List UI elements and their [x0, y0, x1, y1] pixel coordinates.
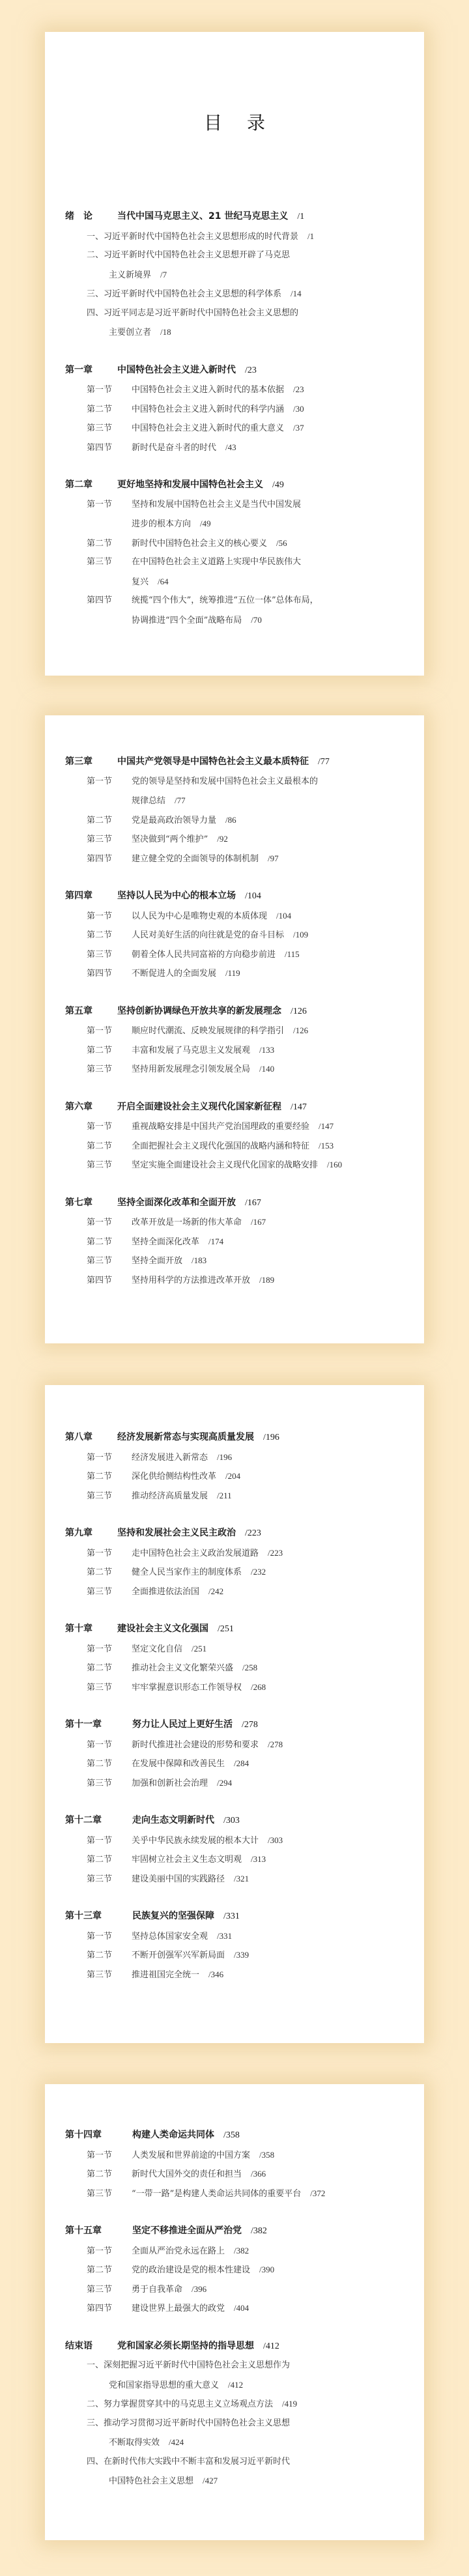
section-entry[interactable]: 第一节走中国特色社会主义政治发展道路/223 [65, 1543, 411, 1563]
toc-list: 第三章中国共产党领导是中国特色社会主义最本质特征/77第一节党的领导是坚持和发展… [65, 752, 411, 1289]
section-entry[interactable]: 第二节深化供给侧结构性改革/204 [65, 1467, 411, 1486]
entry-title: 坚定实施全面建设社会主义现代化国家的战略安排 [132, 1160, 318, 1170]
page-number: /97 [268, 853, 279, 863]
section-entry[interactable]: 第三节坚决做到“两个维护”/92 [65, 829, 411, 849]
page-number: /174 [208, 1237, 223, 1246]
entry-title: 推动社会主义文化繁荣兴盛 [132, 1663, 233, 1673]
entry-title: 不断开创强军兴军新局面 [132, 1951, 225, 1960]
chapter-title: 坚持全面深化改革和全面开放 [117, 1197, 236, 1208]
page-number: /104 [276, 911, 291, 921]
chapter-title: 努力让人民过上更好生活 [132, 1719, 233, 1730]
chapter-heading[interactable]: 第九章坚持和发展社会主义民主政治/223 [65, 1524, 411, 1543]
page-number: /424 [169, 2437, 184, 2447]
entry-title: 不断促进人的全面发展 [132, 969, 216, 979]
entry-continuation[interactable]: 主要创立者/18 [65, 322, 411, 342]
chapter-title: 坚定不移推进全面从严治党 [132, 2225, 242, 2236]
toc-page-4: 第十四章构建人类命运共同体/358第一节人类发展和世界前途的中国方案/358第二… [45, 2084, 424, 2540]
section-entry[interactable]: 第二节丰富和发展了马克思主义发展观/133 [65, 1040, 411, 1060]
chapter-block: 第一章中国特色社会主义进入新时代/23第一节中国特色社会主义进入新时代的基本依据… [65, 361, 411, 457]
section-label: 第三节 [87, 945, 132, 965]
section-entry[interactable]: 第四节坚持用科学的方法推进改革开放/189 [65, 1270, 411, 1290]
section-label: 第四节 [87, 1271, 132, 1291]
section-entry[interactable]: 第三节中国特色社会主义进入新时代的重大意义/37 [65, 418, 411, 438]
page-number: /372 [310, 2188, 325, 2198]
page-number: /147 [291, 1102, 307, 1112]
entry-title: 丰富和发展了马克思主义发展观 [132, 1046, 250, 1055]
section-entry[interactable]: 第四节统揽“四个伟大”，统筹推进“五位一体”总体布局， [65, 591, 411, 610]
page-number: /153 [319, 1141, 334, 1151]
page-number: /427 [203, 2476, 218, 2485]
section-label: 第一节 [87, 1640, 132, 1659]
page-number: /204 [225, 1471, 240, 1481]
section-label: 第四节 [87, 964, 132, 984]
chapter-label: 第一章 [65, 361, 117, 380]
section-label: 第二节 [87, 1563, 132, 1582]
entry-title: “一带一路”是构建人类命运共同体的重要平台 [132, 2189, 301, 2199]
chapter-block: 第五章坚持创新协调绿色开放共享的新发展理念/126第一节顺应时代潮流、反映发展规… [65, 1002, 411, 1079]
chapter-block: 绪 论当代中国马克思主义、21 世纪马克思主义/1一、习近平新时代中国特色社会主… [65, 207, 411, 342]
entry-continuation[interactable]: 主义新境界/7 [65, 265, 411, 285]
section-label: 第四节 [87, 2299, 132, 2319]
entry-title: 在中国特色社会主义道路上实现中华民族伟大 [132, 557, 301, 567]
chapter-heading[interactable]: 第六章开启全面建设社会主义现代化国家新征程/147 [65, 1098, 411, 1117]
entry-title: 深化供给侧结构性改革 [132, 1472, 216, 1481]
entry-title: 习近平同志是习近平新时代中国特色社会主义思想的 [104, 308, 298, 318]
section-entry[interactable]: 第三节建设美丽中国的实践路径/321 [65, 1869, 411, 1889]
section-entry[interactable]: 第二节在发展中保障和改善民生/284 [65, 1754, 411, 1773]
page-number: /126 [291, 1007, 307, 1016]
entry-title: 新时代推进社会建设的形势和要求 [132, 1740, 259, 1750]
entry-title: 新时代是奋斗者的时代 [132, 443, 216, 453]
chapter-block: 第十章建设社会主义文化强国/251第一节坚定文化自信/251第二节推动社会主义文… [65, 1620, 411, 1696]
page-number: /313 [251, 1854, 266, 1864]
entry-title: 坚持和发展中国特色社会主义是当代中国发展 [132, 500, 301, 509]
section-entry[interactable]: 第二节推动社会主义文化繁荣兴盛/258 [65, 1658, 411, 1678]
entry-title: 复兴 [132, 577, 149, 587]
entry-title: 党和国家指导思想的重大意义 [109, 2381, 219, 2390]
entry-title: 协调推进“四个全面”战略布局 [132, 616, 242, 625]
section-label: 第三节 [87, 1678, 132, 1698]
page-number: /49 [272, 480, 284, 490]
section-entry[interactable]: 第三节“一带一路”是构建人类命运共同体的重要平台/372 [65, 2184, 411, 2203]
page-number: /278 [268, 1739, 283, 1749]
section-label: 第三节 [87, 1966, 132, 1985]
chapter-label: 第五章 [65, 1002, 117, 1022]
section-entry[interactable]: 第二节牢固树立社会主义生态文明观/313 [65, 1850, 411, 1869]
section-entry[interactable]: 第一节坚持总体国家安全观/331 [65, 1926, 411, 1946]
numbered-entry[interactable]: 四、习近平同志是习近平新时代中国特色社会主义思想的 [65, 304, 411, 323]
section-entry[interactable]: 第一节改革开放是一场新的伟大革命/167 [65, 1212, 411, 1232]
section-entry[interactable]: 第三节勇于自我革命/396 [65, 2280, 411, 2299]
chapter-title: 建设社会主义文化强国 [117, 1624, 208, 1634]
section-label: 第一节 [87, 1022, 132, 1041]
section-label: 第二节 [87, 811, 132, 831]
entry-title: 深刻把握习近平新时代中国特色社会主义思想作为 [104, 2360, 290, 2370]
section-label: 第二节 [87, 1467, 132, 1487]
section-entry[interactable]: 第三节坚持用新发展理念引领发展全局/140 [65, 1059, 411, 1079]
chapter-label: 第十一章 [65, 1715, 132, 1735]
section-entry[interactable]: 第四节新时代是奋斗者的时代/43 [65, 438, 411, 457]
section-entry[interactable]: 第一节坚持和发展中国特色社会主义是当代中国发展 [65, 495, 411, 515]
entry-title: 坚持全面深化改革 [132, 1237, 199, 1247]
chapter-title: 走向生态文明新时代 [132, 1815, 214, 1825]
chapter-heading[interactable]: 第十章建设社会主义文化强国/251 [65, 1620, 411, 1639]
page-number: /196 [263, 1433, 279, 1442]
page-number: /1 [307, 231, 314, 241]
chapter-block: 第七章坚持全面深化改革和全面开放/167第一节改革开放是一场新的伟大革命/167… [65, 1194, 411, 1290]
entry-title: 牢固树立社会主义生态文明观 [132, 1855, 242, 1865]
chapter-block: 第十二章走向生态文明新时代/303第一节关乎中华民族永续发展的根本大计/303第… [65, 1811, 411, 1888]
entry-title: 走中国特色社会主义政治发展道路 [132, 1549, 259, 1558]
entry-title: 推动经济高质量发展 [132, 1491, 208, 1501]
section-entry[interactable]: 第一节中国特色社会主义进入新时代的基本依据/23 [65, 380, 411, 399]
page-number: /56 [276, 538, 287, 548]
chapter-label: 第六章 [65, 1098, 117, 1117]
page-number: /303 [268, 1835, 283, 1845]
chapter-label: 第八章 [65, 1428, 117, 1448]
section-entry[interactable]: 第一节顺应时代潮流、反映发展规律的科学指引/126 [65, 1021, 411, 1040]
entry-title: 中国特色社会主义进入新时代的重大意义 [132, 423, 284, 433]
page-number: /77 [175, 795, 186, 805]
entry-title: 推进祖国完全统一 [132, 1970, 199, 1980]
section-label: 第三节 [87, 552, 132, 572]
section-entry[interactable]: 第四节建立健全党的全面领导的体制机制/97 [65, 849, 411, 868]
page-number: /196 [217, 1452, 232, 1462]
entry-title: 新时代大国外交的责任和担当 [132, 2169, 242, 2179]
toc-page-2: 第三章中国共产党领导是中国特色社会主义最本质特征/77第一节党的领导是坚持和发展… [45, 715, 424, 1343]
section-label: 第二节 [87, 1137, 132, 1156]
section-label: 第一节 [87, 1117, 132, 1137]
page-number: /396 [192, 2284, 206, 2294]
chapter-heading[interactable]: 第十四章构建人类命运共同体/358 [65, 2126, 411, 2145]
page-number: /390 [259, 2265, 274, 2274]
page-number: /223 [245, 1528, 261, 1538]
section-label: 第一节 [87, 495, 132, 515]
chapter-title: 坚持和发展社会主义民主政治 [117, 1528, 236, 1538]
section-label: 第三节 [87, 1156, 132, 1175]
section-label: 第一节 [87, 1448, 132, 1468]
chapter-heading[interactable]: 第一章中国特色社会主义进入新时代/23 [65, 361, 411, 380]
section-entry[interactable]: 第二节中国特色社会主义进入新时代的科学内涵/30 [65, 399, 411, 419]
section-label: 第三节 [87, 1252, 132, 1271]
section-entry[interactable]: 第一节以人民为中心是唯物史观的本质体现/104 [65, 906, 411, 926]
section-label: 第三节 [87, 1487, 132, 1506]
page-number: /23 [245, 365, 257, 375]
section-label: 第三节 [87, 1582, 132, 1602]
entry-title: 关乎中华民族永续发展的根本大计 [132, 1836, 259, 1846]
entry-title: 坚定文化自信 [132, 1644, 182, 1654]
entry-continuation[interactable]: 进步的根本方向/49 [65, 514, 411, 534]
page-number: /358 [259, 2150, 274, 2160]
chapter-title: 中国共产党领导是中国特色社会主义最本质特征 [117, 756, 309, 767]
chapter-title: 党和国家必须长期坚持的指导思想 [117, 2341, 254, 2351]
entry-title: 党的领导是坚持和发展中国特色社会主义最根本的 [132, 777, 318, 786]
entry-title: 规律总结 [132, 796, 165, 806]
page-number: /211 [217, 1491, 232, 1500]
entry-title: 坚持总体国家安全观 [132, 1932, 208, 1941]
entry-title: 统揽“四个伟大”，统筹推进“五位一体”总体布局， [132, 595, 319, 605]
entry-title: 坚持全面开放 [132, 1256, 182, 1266]
entry-title: 建设世界上最强大的政党 [132, 2304, 225, 2313]
chapter-heading[interactable]: 第七章坚持全面深化改革和全面开放/167 [65, 1194, 411, 1213]
entry-title: 人类发展和世界前途的中国方案 [132, 2151, 250, 2160]
chapter-title: 坚持以人民为中心的根本立场 [117, 891, 236, 901]
entry-title: 党的政治建设是党的根本性建设 [132, 2265, 250, 2275]
section-label: 第三节 [87, 2280, 132, 2300]
chapter-title: 构建人类命运共同体 [132, 2130, 214, 2140]
chapter-block: 结束语党和国家必须长期坚持的指导思想/412一、深刻把握习近平新时代中国特色社会… [65, 2337, 411, 2491]
entry-title: 坚持用科学的方法推进改革开放 [132, 1276, 250, 1285]
section-label: 第一节 [87, 1927, 132, 1947]
toc-list: 绪 论当代中国马克思主义、21 世纪马克思主义/1一、习近平新时代中国特色社会主… [65, 207, 411, 629]
section-entry[interactable]: 第二节人民对美好生活的向往就是党的奋斗目标/109 [65, 925, 411, 945]
entry-title: 党是最高政治领导力量 [132, 816, 216, 825]
entry-title: 坚决做到“两个维护” [132, 835, 208, 844]
page-number: /70 [251, 615, 262, 625]
section-entry[interactable]: 第一节重视战略安排是中国共产党治国理政的重要经验/147 [65, 1117, 411, 1136]
page-number: /14 [291, 289, 302, 298]
section-entry[interactable]: 第二节坚持全面深化改革/174 [65, 1232, 411, 1252]
page-number: /189 [259, 1275, 274, 1285]
section-entry[interactable]: 第一节经济发展进入新常态/196 [65, 1448, 411, 1467]
section-label: 第三节 [87, 830, 132, 850]
page-number: /404 [234, 2303, 249, 2313]
page-number: /49 [200, 519, 211, 528]
page-number: /358 [223, 2130, 240, 2140]
page-number: /346 [208, 1969, 223, 1979]
entry-continuation[interactable]: 中国特色社会主义思想/427 [65, 2471, 411, 2491]
chapter-heading[interactable]: 第五章坚持创新协调绿色开放共享的新发展理念/126 [65, 1002, 411, 1022]
entry-title: 中国特色社会主义进入新时代的科学内涵 [132, 405, 284, 414]
toc-list: 第八章经济发展新常态与实现高质量发展/196第一节经济发展进入新常态/196第二… [65, 1428, 411, 1984]
entry-title: 勇于自我革命 [132, 2285, 182, 2295]
page-number: /133 [259, 1045, 274, 1055]
chapter-title: 民族复兴的坚强保障 [132, 1911, 214, 1921]
section-label: 第三节 [87, 1774, 132, 1794]
page-number: /37 [293, 423, 304, 433]
entry-title: 习近平新时代中国特色社会主义思想形成的时代背景 [104, 232, 298, 242]
chapter-label: 第十四章 [65, 2126, 132, 2145]
chapter-label: 第十二章 [65, 1811, 132, 1831]
section-entry[interactable]: 第四节不断促进人的全面发展/119 [65, 964, 411, 983]
section-entry[interactable]: 第三节推动经济高质量发展/211 [65, 1486, 411, 1506]
entry-title: 全面把握社会主义现代化强国的战略内涵和特征 [132, 1141, 309, 1151]
chapter-heading[interactable]: 第三章中国共产党领导是中国特色社会主义最本质特征/77 [65, 752, 411, 772]
chapter-heading[interactable]: 第二章更好地坚持和发展中国特色社会主义/49 [65, 476, 411, 495]
page-number: /242 [208, 1586, 223, 1596]
chapter-label: 第二章 [65, 476, 117, 495]
numbered-entry[interactable]: 四、在新时代伟大实践中不断丰富和发展习近平新时代 [65, 2452, 411, 2472]
section-label: 第二节 [87, 926, 132, 945]
entry-continuation[interactable]: 不断取得实效/424 [65, 2433, 411, 2452]
page-number: /23 [293, 384, 304, 394]
entry-title: 全面推进依法治国 [132, 1587, 199, 1597]
entry-title: 坚持用新发展理念引领发展全局 [132, 1065, 250, 1074]
section-label: 第一节 [87, 1831, 132, 1851]
chapter-heading[interactable]: 第十三章民族复兴的坚强保障/331 [65, 1907, 411, 1926]
page-number: /382 [251, 2226, 267, 2236]
section-label: 第四节 [87, 850, 132, 869]
toc-page-1: 目录 绪 论当代中国马克思主义、21 世纪马克思主义/1一、习近平新时代中国特色… [45, 32, 424, 676]
page-number: /412 [228, 2380, 243, 2390]
entry-title: 建立健全党的全面领导的体制机制 [132, 854, 259, 864]
chapter-title: 坚持创新协调绿色开放共享的新发展理念 [117, 1006, 281, 1016]
entry-number: 四、 [87, 308, 104, 318]
entry-continuation[interactable]: 复兴/64 [65, 572, 411, 592]
entry-number: 一、 [87, 232, 104, 242]
page-number: /30 [293, 404, 304, 414]
entry-title: 重视战略安排是中国共产党治国理政的重要经验 [132, 1122, 309, 1132]
chapter-label: 第七章 [65, 1194, 117, 1213]
section-label: 第二节 [87, 1659, 132, 1678]
chapter-label: 第三章 [65, 752, 117, 772]
entry-title: 在发展中保障和改善民生 [132, 1759, 225, 1769]
entry-title: 中国特色社会主义进入新时代的基本依据 [132, 385, 284, 395]
entry-title: 人民对美好生活的向往就是党的奋斗目标 [132, 930, 284, 940]
section-entry[interactable]: 第一节新时代推进社会建设的形势和要求/278 [65, 1735, 411, 1754]
chapter-title: 更好地坚持和发展中国特色社会主义 [117, 479, 263, 490]
section-label: 第二节 [87, 400, 132, 420]
section-entry[interactable]: 第三节加强和创新社会治理/294 [65, 1773, 411, 1793]
section-entry[interactable]: 第三节坚持全面开放/183 [65, 1251, 411, 1270]
section-entry[interactable]: 第一节党的领导是坚持和发展中国特色社会主义最根本的 [65, 772, 411, 792]
section-entry[interactable]: 第三节牢牢掌握意识形态工作领导权/268 [65, 1678, 411, 1697]
section-label: 第二节 [87, 534, 132, 554]
section-label: 第一节 [87, 907, 132, 926]
entry-title: 新时代中国特色社会主义的核心要义 [132, 539, 267, 549]
chapter-heading[interactable]: 第十五章坚定不移推进全面从严治党/382 [65, 2222, 411, 2241]
page-number: /115 [285, 949, 300, 959]
page-number: /167 [245, 1198, 261, 1208]
chapter-block: 第十四章构建人类命运共同体/358第一节人类发展和世界前途的中国方案/358第二… [65, 2126, 411, 2203]
page-number: /278 [242, 1720, 258, 1730]
chapter-label: 第四章 [65, 887, 117, 906]
page-number: /86 [225, 815, 236, 825]
toc-list: 第十四章构建人类命运共同体/358第一节人类发展和世界前途的中国方案/358第二… [65, 2126, 411, 2491]
section-entry[interactable]: 第三节朝着全体人民共同富裕的方向稳步前进/115 [65, 945, 411, 964]
entry-continuation[interactable]: 协调推进“四个全面”战略布局/70 [65, 610, 411, 630]
page-number: /251 [218, 1624, 234, 1634]
chapter-title: 开启全面建设社会主义现代化国家新征程 [117, 1102, 281, 1112]
numbered-entry[interactable]: 二、习近平新时代中国特色社会主义思想开辟了马克思 [65, 246, 411, 265]
section-entry[interactable]: 第二节全面把握社会主义现代化强国的战略内涵和特征/153 [65, 1136, 411, 1156]
entry-continuation[interactable]: 规律总结/77 [65, 791, 411, 810]
entry-number: 三、 [87, 289, 104, 299]
page-number: /64 [158, 577, 169, 586]
section-label: 第二节 [87, 1754, 132, 1774]
section-label: 第二节 [87, 1850, 132, 1870]
page-number: /268 [251, 1682, 266, 1692]
section-entry[interactable]: 第三节全面推进依法治国/242 [65, 1582, 411, 1601]
chapter-label: 第十五章 [65, 2222, 132, 2241]
section-entry[interactable]: 第四节建设世界上最强大的政党/404 [65, 2298, 411, 2318]
chapter-block: 第十一章努力让人民过上更好生活/278第一节新时代推进社会建设的形势和要求/27… [65, 1715, 411, 1792]
section-label: 第一节 [87, 1213, 132, 1233]
page-number: /251 [192, 1644, 206, 1653]
section-entry[interactable]: 第一节坚定文化自信/251 [65, 1639, 411, 1659]
entry-title: 习近平新时代中国特色社会主义思想的科学体系 [104, 289, 281, 299]
section-entry[interactable]: 第二节新时代中国特色社会主义的核心要义/56 [65, 534, 411, 553]
numbered-entry[interactable]: 一、深刻把握习近平新时代中国特色社会主义思想作为 [65, 2356, 411, 2375]
toc-page-3: 第八章经济发展新常态与实现高质量发展/196第一节经济发展进入新常态/196第二… [45, 1385, 424, 2043]
page-number: /366 [251, 2169, 266, 2179]
entry-title: 朝着全体人民共同富裕的方向稳步前进 [132, 950, 276, 960]
page-number: /43 [225, 442, 236, 452]
page-number: /183 [192, 1255, 206, 1265]
page-number: /232 [251, 1567, 266, 1577]
entry-title: 经济发展进入新常态 [132, 1453, 208, 1463]
numbered-entry[interactable]: 三、推动学习贯彻习近平新时代中国特色社会主义思想 [65, 2414, 411, 2433]
entry-number: 二、 [87, 250, 104, 260]
section-entry[interactable]: 第二节党的政治建设是党的根本性建设/390 [65, 2260, 411, 2280]
entry-title: 习近平新时代中国特色社会主义思想开辟了马克思 [104, 250, 290, 260]
chapter-block: 第六章开启全面建设社会主义现代化国家新征程/147第一节重视战略安排是中国共产党… [65, 1098, 411, 1175]
chapter-block: 第十五章坚定不移推进全面从严治党/382第一节全面从严治党永远在路上/382第二… [65, 2222, 411, 2318]
page-number: /77 [318, 757, 330, 767]
chapter-block: 第四章坚持以人民为中心的根本立场/104第一节以人民为中心是唯物史观的本质体现/… [65, 887, 411, 983]
section-entry[interactable]: 第三节坚定实施全面建设社会主义现代化国家的战略安排/160 [65, 1155, 411, 1175]
chapter-heading[interactable]: 第八章经济发展新常态与实现高质量发展/196 [65, 1428, 411, 1448]
entry-title: 不断取得实效 [109, 2438, 160, 2448]
page-number: /321 [234, 1874, 249, 1883]
entry-number: 二、 [87, 2399, 104, 2409]
chapter-heading[interactable]: 第十二章走向生态文明新时代/303 [65, 1811, 411, 1831]
section-entry[interactable]: 第二节不断开创强军兴军新局面/339 [65, 1945, 411, 1965]
section-entry[interactable]: 第二节新时代大国外交的责任和担当/366 [65, 2164, 411, 2184]
section-entry[interactable]: 第一节全面从严治党永远在路上/382 [65, 2241, 411, 2261]
numbered-entry[interactable]: 二、努力掌握贯穿其中的马克思主义立场观点方法/419 [65, 2394, 411, 2414]
section-entry[interactable]: 第二节党是最高政治领导力量/86 [65, 810, 411, 830]
page-number: /1 [297, 212, 304, 222]
section-entry[interactable]: 第一节人类发展和世界前途的中国方案/358 [65, 2145, 411, 2165]
section-label: 第二节 [87, 2165, 132, 2184]
entry-continuation[interactable]: 党和国家指导思想的重大意义/412 [65, 2375, 411, 2395]
chapter-block: 第三章中国共产党领导是中国特色社会主义最本质特征/77第一节党的领导是坚持和发展… [65, 752, 411, 868]
chapter-heading[interactable]: 第四章坚持以人民为中心的根本立场/104 [65, 887, 411, 906]
page-number: /7 [160, 270, 167, 279]
entry-number: 三、 [87, 2418, 104, 2428]
chapter-heading[interactable]: 第十一章努力让人民过上更好生活/278 [65, 1715, 411, 1735]
section-entry[interactable]: 第三节在中国特色社会主义道路上实现中华民族伟大 [65, 552, 411, 572]
section-label: 第二节 [87, 1946, 132, 1966]
chapter-heading[interactable]: 绪 论当代中国马克思主义、21 世纪马克思主义/1 [65, 207, 411, 227]
page-number: /119 [225, 968, 240, 978]
section-label: 第一节 [87, 2146, 132, 2166]
numbered-entry[interactable]: 三、习近平新时代中国特色社会主义思想的科学体系/14 [65, 284, 411, 304]
page-number: /412 [263, 2341, 279, 2351]
section-label: 第三节 [87, 2184, 132, 2204]
entry-title: 进步的根本方向 [132, 519, 191, 529]
entry-title: 建设美丽中国的实践路径 [132, 1874, 225, 1884]
numbered-entry[interactable]: 一、习近平新时代中国特色社会主义思想形成的时代背景/1 [65, 227, 411, 246]
section-label: 第一节 [87, 1544, 132, 1564]
entry-title: 在新时代伟大实践中不断丰富和发展习近平新时代 [104, 2457, 290, 2467]
page-number: /331 [217, 1931, 232, 1941]
section-label: 第三节 [87, 1870, 132, 1889]
chapter-title: 当代中国马克思主义、21 世纪马克思主义 [117, 211, 288, 222]
section-entry[interactable]: 第二节健全人民当家作主的制度体系/232 [65, 1562, 411, 1582]
section-label: 第一节 [87, 380, 132, 400]
chapter-title: 经济发展新常态与实现高质量发展 [117, 1432, 254, 1442]
chapter-label: 第十章 [65, 1620, 117, 1639]
section-entry[interactable]: 第三节推进祖国完全统一/346 [65, 1965, 411, 1984]
chapter-heading[interactable]: 结束语党和国家必须长期坚持的指导思想/412 [65, 2337, 411, 2356]
page-number: /140 [259, 1064, 274, 1074]
section-label: 第一节 [87, 1736, 132, 1755]
page-number: /167 [251, 1217, 266, 1227]
entry-title: 中国特色社会主义思想 [109, 2476, 193, 2486]
section-entry[interactable]: 第一节关乎中华民族永续发展的根本大计/303 [65, 1831, 411, 1850]
